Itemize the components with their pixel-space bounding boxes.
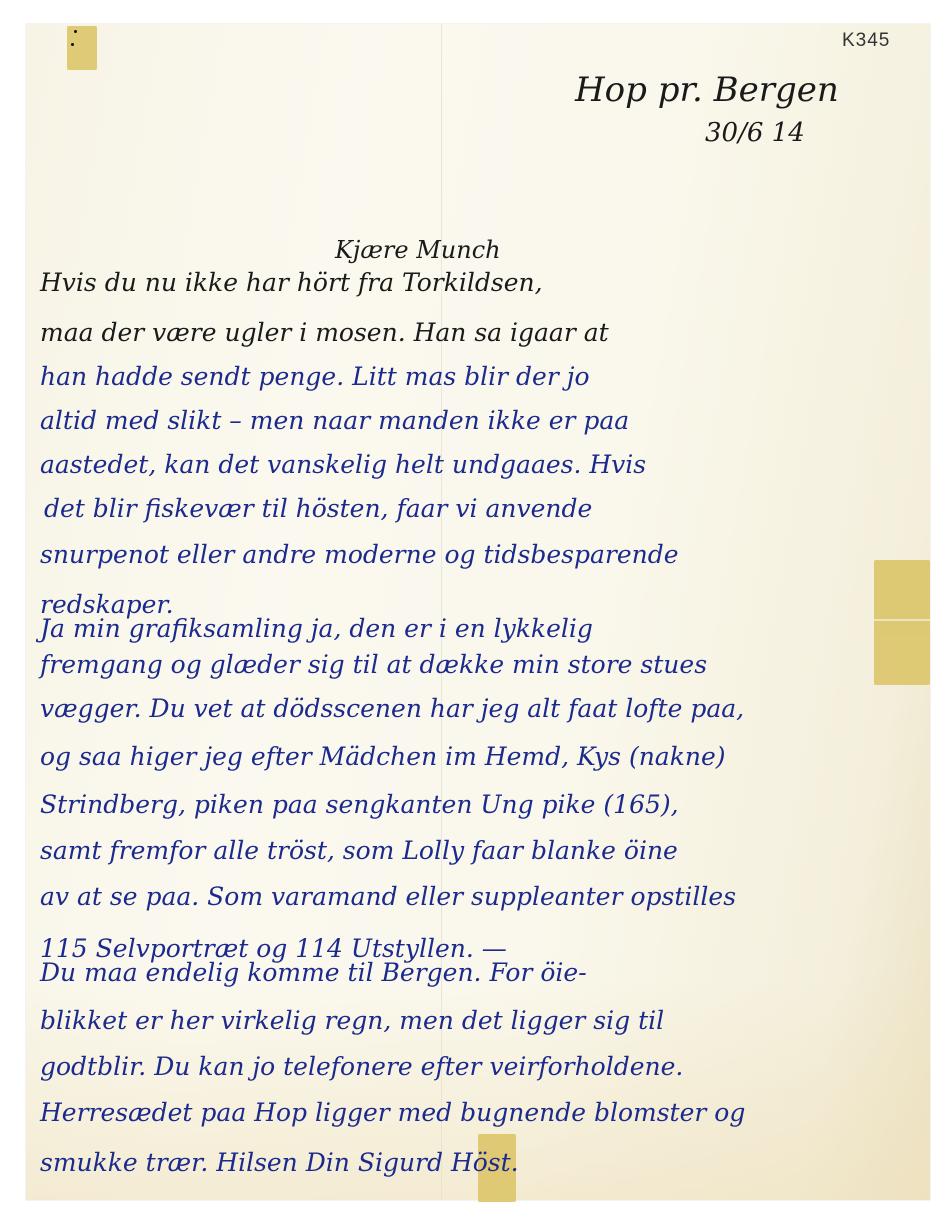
letter-line: maa der være ugler i mosen. Han sa igaar…	[40, 318, 609, 347]
letter-line: Strindberg, piken paa sengkanten Ung pik…	[40, 790, 679, 819]
letter-line: altid med slikt – men naar manden ikke e…	[40, 406, 629, 435]
tape-right-edge	[874, 560, 930, 685]
tape-top-left	[67, 26, 97, 70]
letter-line: vægger. Du vet at dödsscenen har jeg alt…	[40, 694, 744, 723]
letter-line: godtblir. Du kan jo telefonere efter vei…	[40, 1052, 683, 1081]
letter-line: snurpenot eller andre moderne og tidsbes…	[40, 540, 679, 569]
letter-line: samt fremfor alle tröst, som Lolly faar …	[40, 836, 678, 865]
letter-line: aastedet, kan det vanskelig helt undgaae…	[40, 450, 646, 479]
letter-line: Ja min grafiksamling ja, den er i en lyk…	[40, 614, 593, 643]
letter-line: fremgang og glæder sig til at dække min …	[40, 650, 707, 679]
letter-line: smukke trær. Hilsen Din Sigurd Höst.	[40, 1148, 519, 1177]
pin-hole	[71, 43, 74, 46]
letter-place: Hop pr. Bergen	[575, 70, 839, 110]
letter-line: Hvis du nu ikke har hört fra Torkildsen,	[40, 268, 543, 297]
letter-line: han hadde sendt penge. Litt mas blir der…	[40, 362, 590, 391]
letter-salutation: Kjære Munch	[335, 236, 501, 264]
letter-line: Herresædet paa Hop ligger med bugnende b…	[40, 1098, 745, 1127]
letter-line: det blir fiskevær til hösten, faar vi an…	[44, 494, 592, 523]
catalog-number: K345	[842, 30, 890, 52]
letter-line: Du maa endelig komme til Bergen. For öie…	[40, 958, 587, 987]
letter-line: av at se paa. Som varamand eller supplea…	[40, 882, 736, 911]
letter-line: og saa higer jeg efter Mädchen im Hemd, …	[40, 742, 726, 771]
letter-date: 30/6 14	[705, 118, 805, 148]
letter-line: blikket er her virkelig regn, men det li…	[40, 1006, 664, 1035]
pin-hole	[74, 30, 77, 33]
